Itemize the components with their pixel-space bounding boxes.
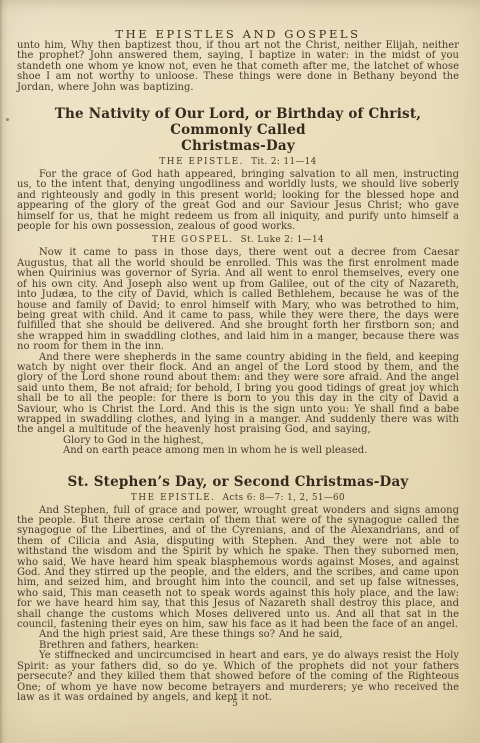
continuation-paragraph: unto him, Why then baptizest thou, if th… [17, 41, 459, 93]
epistle-label: THE EPISTLE. [131, 493, 216, 503]
section-heading-line: Christmas-Day [17, 138, 459, 154]
epistle-reference: Acts 6: 8—7: 1, 2, 51—60 [223, 493, 345, 503]
epistle-caption: THE EPISTLE.Tit. 2: 11—14 [17, 157, 459, 167]
gospel-paragraph: Now it came to pass in those days, there… [17, 248, 459, 352]
ink-speck [6, 118, 9, 121]
page-number: 5 [0, 699, 470, 709]
epistle-paragraph: And Stephen, full of grace and power, wr… [17, 506, 459, 631]
verse-line: And on earth peace among men in whom he … [63, 446, 459, 456]
gospel-label: THE GOSPEL. [152, 235, 234, 245]
section-heading-line: St. Stephen’s Day, or Second Christmas-D… [17, 474, 459, 490]
epistle-reference: Tit. 2: 11—14 [251, 157, 317, 167]
text-column: THE EPISTLES AND GOSPELS unto him, Why t… [17, 0, 459, 703]
running-head: THE EPISTLES AND GOSPELS [17, 27, 459, 41]
section-heading-st-stephens: St. Stephen’s Day, or Second Christmas-D… [17, 474, 459, 490]
section-heading-line: The Nativity of Our Lord, or Birthday of… [17, 106, 459, 138]
section-heading-nativity: The Nativity of Our Lord, or Birthday of… [17, 106, 459, 154]
epistle-label: THE EPISTLE. [159, 157, 244, 167]
gospel-caption: THE GOSPEL.St. Luke 2: 1—14 [17, 235, 459, 245]
gospel-paragraph: And there were shepherds in the same cou… [17, 353, 459, 436]
epistle-paragraph: Ye stiffnecked and uncircumcised in hear… [17, 651, 459, 703]
epistle-caption: THE EPISTLE.Acts 6: 8—7: 1, 2, 51—60 [17, 493, 459, 503]
epistle-text: For the grace of God hath appeared, brin… [17, 170, 459, 232]
gospel-reference: St. Luke 2: 1—14 [241, 235, 324, 245]
book-page: THE EPISTLES AND GOSPELS unto him, Why t… [0, 0, 480, 743]
